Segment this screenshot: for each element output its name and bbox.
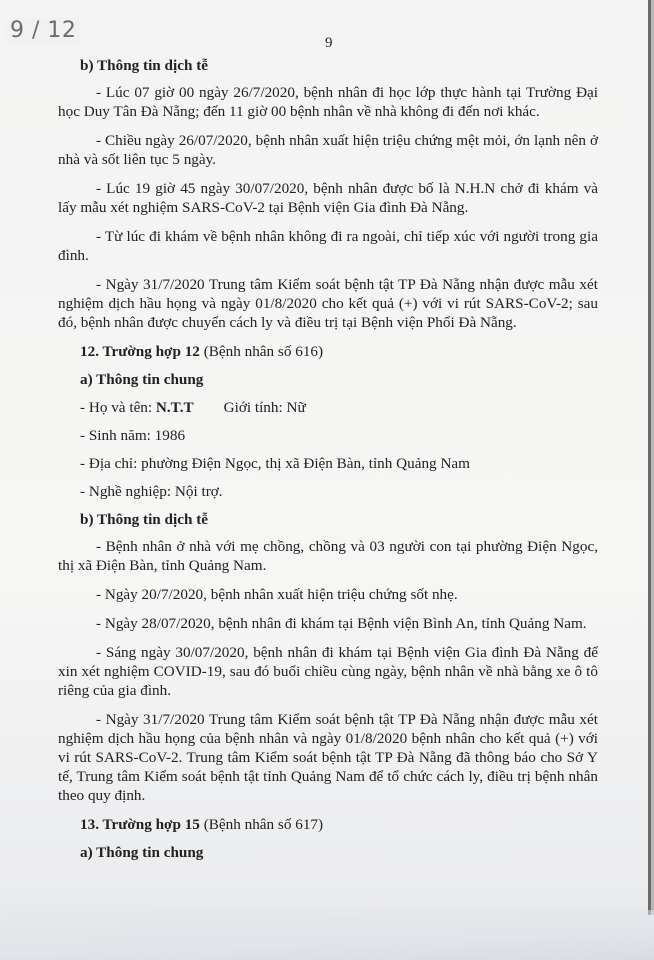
birth-year: - Sinh năm: 1986 bbox=[80, 426, 598, 445]
paragraph: - Ngày 28/07/2020, bệnh nhân đi khám tại… bbox=[58, 614, 598, 633]
address: - Địa chỉ: phường Điện Ngọc, thị xã Điện… bbox=[80, 454, 598, 473]
paragraph: - Chiều ngày 26/07/2020, bệnh nhân xuất … bbox=[58, 131, 598, 169]
paragraph: - Sáng ngày 30/07/2020, bệnh nhân đi khá… bbox=[58, 643, 598, 700]
case-13-patient-number: (Bệnh nhân số 617) bbox=[200, 816, 323, 833]
section-heading-epidemiology: b) Thông tin dịch tễ bbox=[80, 510, 598, 529]
patient-name-line: - Họ và tên: N.T.TGiới tính: Nữ bbox=[80, 398, 598, 417]
paragraph: - Ngày 20/7/2020, bệnh nhân xuất hiện tr… bbox=[58, 585, 598, 604]
case-12-patient-number: (Bệnh nhân số 616) bbox=[200, 343, 323, 360]
case-12-title: 12. Trường hợp 12 bbox=[80, 343, 200, 360]
page-bottom-shadow bbox=[0, 910, 654, 960]
page-content: b) Thông tin dịch tễ - Lúc 07 giờ 00 ngà… bbox=[80, 56, 598, 862]
page-counter: 9 / 12 bbox=[6, 18, 80, 43]
name-label: - Họ và tên: bbox=[80, 399, 156, 416]
paragraph: - Bệnh nhân ở nhà với mẹ chồng, chồng và… bbox=[58, 537, 598, 575]
name-value: N.T.T bbox=[156, 399, 194, 416]
paragraph: - Lúc 19 giờ 45 ngày 30/07/2020, bệnh nh… bbox=[58, 179, 598, 217]
page-edge bbox=[648, 0, 651, 915]
page-number: 9 bbox=[325, 34, 333, 53]
paragraph: - Ngày 31/7/2020 Trung tâm Kiểm soát bện… bbox=[58, 710, 598, 805]
case-12-heading: 12. Trường hợp 12 (Bệnh nhân số 616) bbox=[80, 342, 598, 361]
paragraph: - Từ lúc đi khám về bệnh nhân không đi r… bbox=[58, 227, 598, 265]
section-heading-general: a) Thông tin chung bbox=[80, 843, 598, 862]
section-heading-general: a) Thông tin chung bbox=[80, 370, 598, 389]
section-heading-epidemiology: b) Thông tin dịch tễ bbox=[80, 56, 598, 75]
gender: Giới tính: Nữ bbox=[224, 399, 306, 416]
paragraph: - Ngày 31/7/2020 Trung tâm Kiểm soát bện… bbox=[58, 275, 598, 332]
document-viewer: 9 / 12 9 b) Thông tin dịch tễ - Lúc 07 g… bbox=[0, 0, 654, 960]
occupation: - Nghề nghiệp: Nội trợ. bbox=[80, 482, 598, 501]
case-13-title: 13. Trường hợp 15 bbox=[80, 816, 200, 833]
paragraph: - Lúc 07 giờ 00 ngày 26/7/2020, bệnh nhâ… bbox=[58, 83, 598, 121]
case-13-heading: 13. Trường hợp 15 (Bệnh nhân số 617) bbox=[80, 815, 598, 834]
